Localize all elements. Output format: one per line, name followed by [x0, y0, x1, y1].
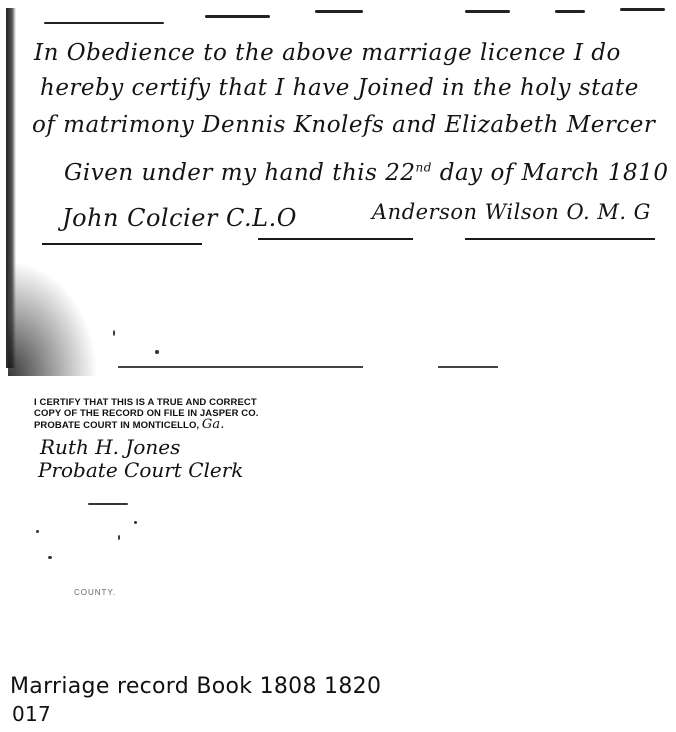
seal-mark	[48, 556, 52, 559]
clerk-title: Probate Court Clerk	[38, 458, 243, 482]
top-rule-fragment	[620, 8, 665, 11]
signature-anderson-wilson: Anderson Wilson O. M. G	[372, 200, 651, 224]
scanned-record: In Obedience to the above marriage licen…	[0, 0, 676, 378]
stamp-line-2: COPY OF THE RECORD ON FILE IN JASPER CO.	[34, 408, 258, 419]
certification-stamp: I CERTIFY THAT THIS IS A TRUE AND CORREC…	[34, 397, 258, 431]
signature-underline	[258, 238, 413, 240]
seal-mark	[36, 530, 39, 533]
clerk-signature: Ruth H. Jones	[40, 435, 180, 459]
certificate-line-3: of matrimony Dennis Knolefs and Elizabet…	[32, 112, 655, 138]
top-rule-fragment	[205, 15, 270, 18]
seal-mark	[134, 521, 137, 524]
stamp-state: Ga.	[202, 417, 225, 432]
signature-john-colcier: John Colcier C.L.O	[62, 204, 297, 232]
page-bottom-rule	[438, 366, 498, 368]
top-rule-fragment	[44, 22, 164, 24]
stamp-line-3: PROBATE COURT IN MONTICELLO, Ga.	[34, 419, 258, 431]
annotation-title: Marriage record Book 1808 1820	[10, 674, 381, 699]
date-suffix: day of March 1810	[432, 160, 669, 186]
signature-underline	[42, 243, 202, 245]
page-bottom-rule	[118, 366, 363, 368]
seal-mark	[118, 535, 120, 540]
seal-fragment-text: COUNTY.	[74, 588, 116, 597]
certificate-line-1: In Obedience to the above marriage licen…	[34, 40, 621, 66]
certificate-line-4: Given under my hand this 22nd day of Mar…	[64, 160, 668, 186]
top-rule-fragment	[555, 10, 585, 13]
seal-mark	[88, 503, 128, 505]
corner-shadow	[8, 260, 98, 376]
stamp-line-1: I CERTIFY THAT THIS IS A TRUE AND CORREC…	[34, 397, 258, 408]
scan-speck	[113, 330, 115, 336]
certificate-line-2: hereby certify that I have Joined in the…	[40, 75, 639, 101]
date-ordinal: nd	[416, 160, 432, 174]
signature-underline	[465, 238, 655, 240]
date-prefix: Given under my hand this 22	[64, 160, 416, 186]
annotation-page-number: 017	[12, 702, 51, 726]
scan-speck	[155, 350, 159, 354]
top-rule-fragment	[315, 10, 363, 13]
stamp-court: PROBATE COURT IN MONTICELLO,	[34, 420, 199, 431]
top-rule-fragment	[465, 10, 510, 13]
